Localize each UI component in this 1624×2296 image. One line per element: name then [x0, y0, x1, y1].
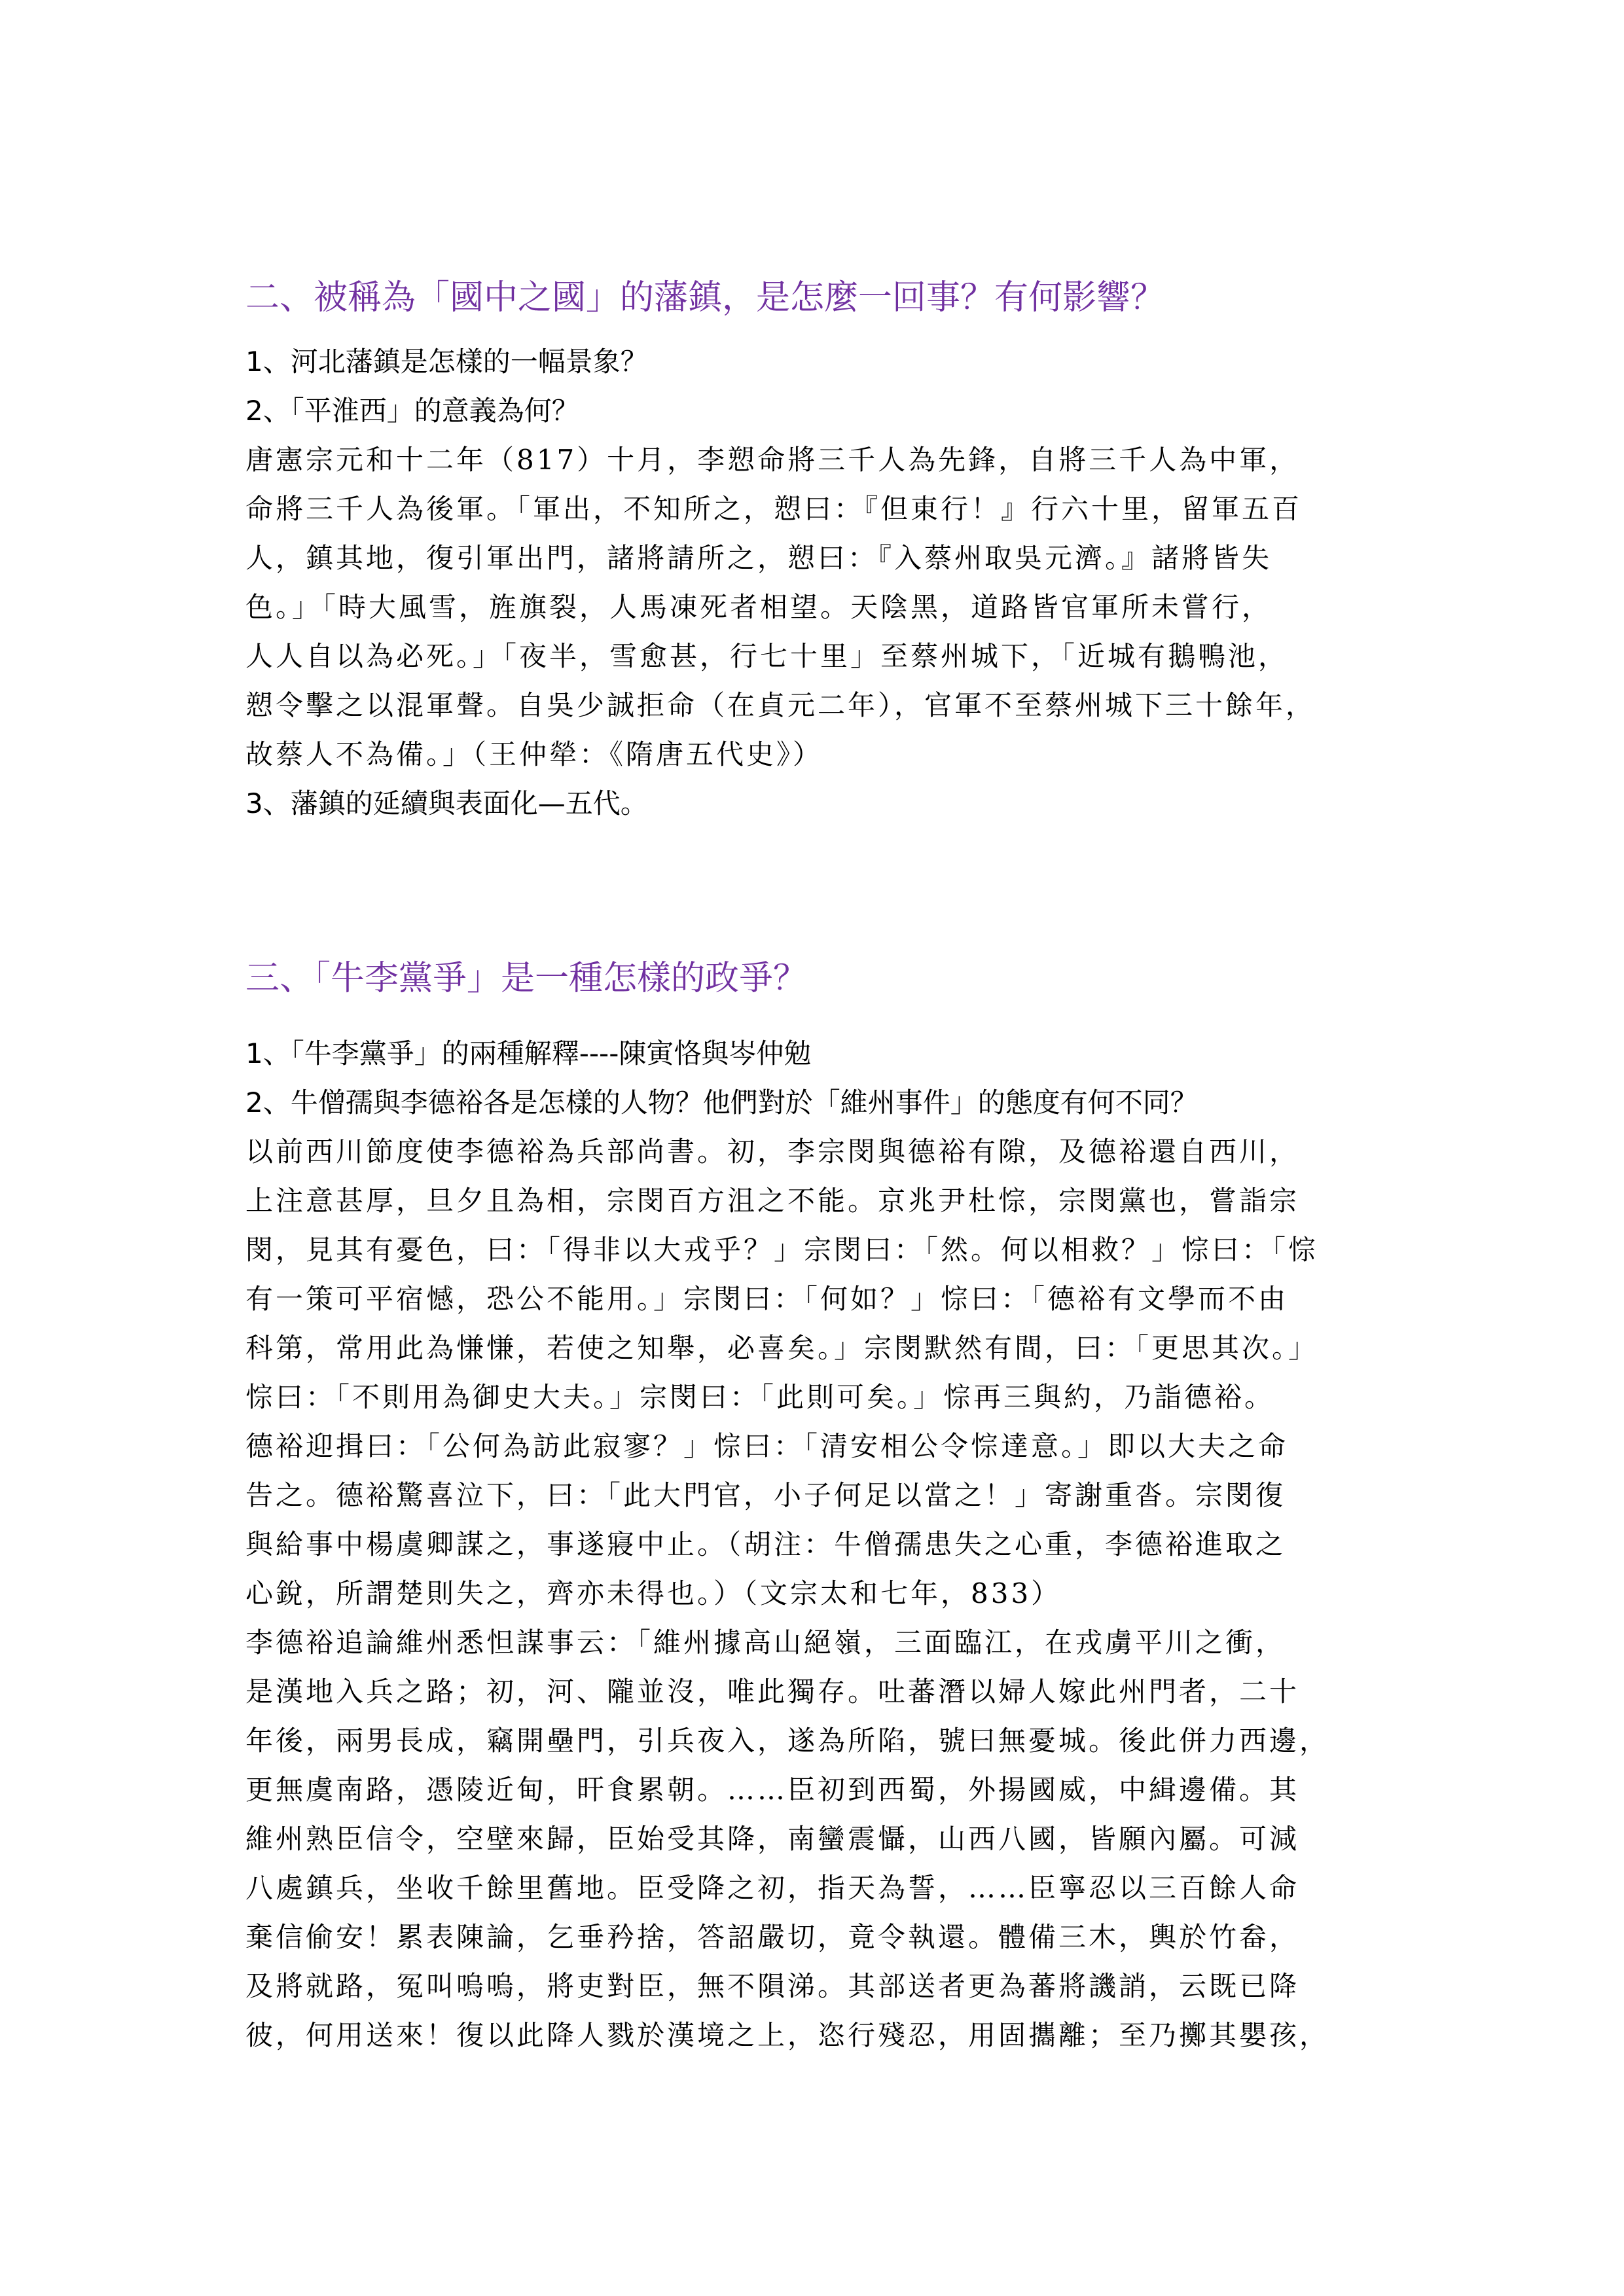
quote-line: 與給事中楊虞卿謀之，事遂寢中止。（胡注：牛僧孺患失之心重，李德裕進取之: [245, 1528, 1286, 1561]
quote-line: 唐憲宗元和十二年（817）十月，李愬命將三千人為先鋒，自將三千人為中軍，: [245, 444, 1299, 476]
quote-line: 故蔡人不為備。」（王仲犖：《隋唐五代史》）: [245, 738, 823, 771]
section-3-heading: 三、「牛李黨爭」是一種怎樣的政爭？: [245, 959, 807, 998]
quote-line: 更無虞南路，憑陵近甸，旰食累朝。……臣初到西蜀，外揚國威，中緝邊備。其: [245, 1774, 1299, 1806]
quote-line: 李德裕追論維州悉怛謀事云：「維州據高山絕嶺，三面臨江，在戎虜平川之衝，: [245, 1626, 1286, 1659]
quote-line: 及將就路，冤叫嗚嗚，將吏對臣，無不隕涕。其部送者更為蕃將譏誚，云既已降: [245, 1970, 1299, 2003]
quote-line: 告之。德裕驚喜泣下，曰：「此大門官，小子何足以當之！」寄謝重沓。宗閔復: [245, 1479, 1286, 1512]
section-3-item-2: 2、牛僧孺與李德裕各是怎樣的人物？他們對於「維州事件」的態度有何不同？: [245, 1086, 1198, 1119]
quote-line: 德裕迎揖曰：「公何為訪此寂寥？」悰曰：「清安相公令悰達意。」即以大夫之命: [245, 1430, 1288, 1463]
quote-line: 人人自以為必死。」「夜半，雪愈甚，行七十里」至蔡州城下，「近城有鵝鴨池，: [245, 640, 1288, 673]
quote-line: 有一策可平宿憾，恐公不能用。」宗閔曰：「何如？」悰曰：「德裕有文學而不由: [245, 1283, 1288, 1316]
quote-line: 愬令擊之以混軍聲。自吳少誠拒命（在貞元二年），官軍不至蔡州城下三十餘年，: [245, 689, 1316, 722]
section-2-heading: 二、被稱為「國中之國」的藩鎮，是怎麼一回事？有何影響？: [245, 278, 1164, 317]
quote-line: 上注意甚厚，旦夕且為相，宗閔百方沮之不能。京兆尹杜悰，宗閔黨也，嘗詣宗: [245, 1185, 1299, 1217]
section-2-item-3: 3、藩鎮的延續與表面化—五代。: [245, 787, 648, 820]
quote-line: 是漢地入兵之路；初，河、隴並沒，唯此獨存。吐蕃潛以婦人嫁此州門者，二十: [245, 1676, 1299, 1708]
quote-line: 心銳，所謂楚則失之，齊亦未得也。）（文宗太和七年，833）: [245, 1577, 1061, 1610]
section-2-item-2: 2、「平淮西」的意義為何？: [245, 395, 579, 427]
section-2-item-1: 1、河北藩鎮是怎樣的一幅景象？: [245, 346, 648, 378]
quote-line: 維州熟臣信令，空壁來歸，臣始受其降，南蠻震懾，山西八國，皆願內屬。可減: [245, 1823, 1299, 1856]
quote-line: 命將三千人為後軍。「軍出，不知所之，愬曰：『但東行！』行六十里，留軍五百: [245, 493, 1302, 526]
quote-line: 八處鎮兵，坐收千餘里舊地。臣受降之初，指天為誓，……臣寧忍以三百餘人命: [245, 1872, 1299, 1905]
quote-line: 色。」「時大風雪，旌旗裂，人馬凍死者相望。天陰黑，道路皆官軍所未嘗行，: [245, 591, 1272, 624]
quote-line: 以前西川節度使李德裕為兵部尚書。初，李宗閔與德裕有隙，及德裕還自西川，: [245, 1136, 1299, 1168]
quote-line: 閔，見其有憂色，曰：「得非以大戎乎？」宗閔曰：「然。何以相救？」悰曰：「悰: [245, 1234, 1318, 1266]
quote-line: 悰曰：「不則用為御史大夫。」宗閔曰：「此則可矣。」悰再三與約，乃詣德裕。: [245, 1381, 1274, 1414]
quote-line: 人，鎮其地，復引軍出門，諸將請所之，愬曰：『入蔡州取吳元濟。』諸將皆失: [245, 542, 1272, 575]
quote-line: 年後，兩男長成，竊開壘門，引兵夜入，遂為所陷，號曰無憂城。後此併力西邊，: [245, 1725, 1329, 1757]
quote-line: 科第，常用此為慊慊，若使之知舉，必喜矣。」宗閔默然有間，曰：「更思其次。」: [245, 1332, 1318, 1365]
quote-line: 棄信偷安！累表陳論，乞垂矜捨，答詔嚴切，竟令執還。體備三木，輿於竹畚，: [245, 1921, 1299, 1954]
section-3-item-1: 1、「牛李黨爭」的兩種解釋----陳寅恪與岑仲勉: [245, 1037, 811, 1070]
quote-line: 彼，何用送來！復以此降人戮於漢境之上，恣行殘忍，用固攜離；至乃擲其嬰孩，: [245, 2019, 1329, 2052]
